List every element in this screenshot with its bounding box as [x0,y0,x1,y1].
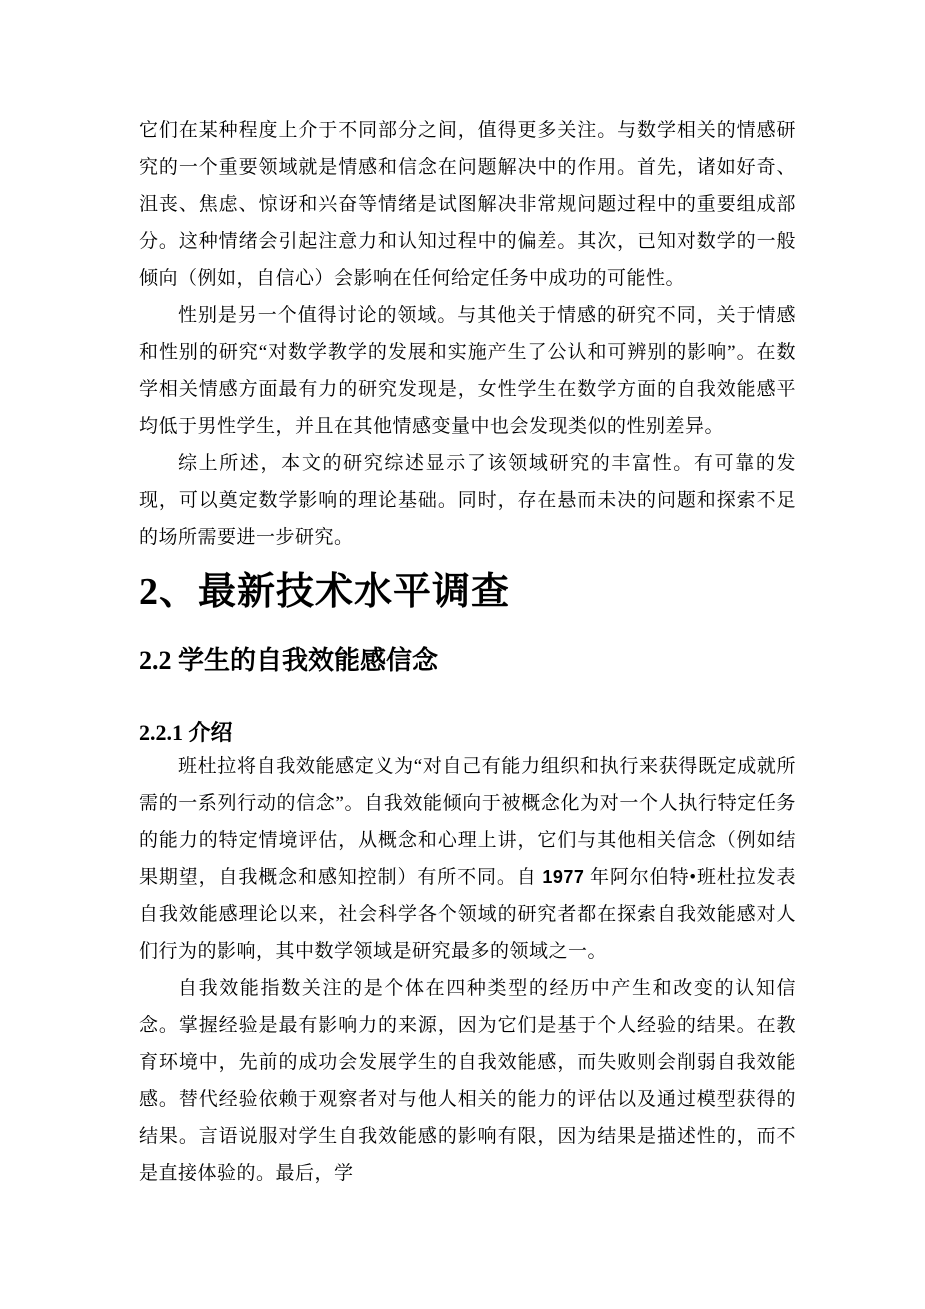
year-1977: 1977 [542,867,584,887]
paragraph-gender: 性别是另一个值得讨论的领域。与其他关于情感的研究不同，关于情感和性别的研究“对数… [139,297,796,445]
paragraph-efficacy-sources: 自我效能指数关注的是个体在四种类型的经历中产生和改变的认知信念。掌握经验是最有影… [139,970,796,1192]
subsection-heading-self-efficacy-beliefs: 2.2 学生的自我效能感信念 [139,643,796,679]
paragraph-affect-research: 它们在某种程度上介于不同部分之间，值得更多关注。与数学相关的情感研究的一个重要领… [139,112,796,297]
paragraph-summary: 综上所述，本文的研究综述显示了该领域研究的丰富性。有可靠的发现，可以奠定数学影响… [139,445,796,556]
paragraph-bandura-definition: 班杜拉将自我效能感定义为“对自己有能力组织和执行来获得既定成就所需的一系列行动的… [139,748,796,970]
subsubsection-heading-introduction: 2.2.1 介绍 [139,718,796,748]
document-page: 它们在某种程度上介于不同部分之间，值得更多关注。与数学相关的情感研究的一个重要领… [0,0,925,1309]
section-heading-state-of-art: 2、最新技术水平调查 [139,567,796,617]
document-content: 它们在某种程度上介于不同部分之间，值得更多关注。与数学相关的情感研究的一个重要领… [139,112,796,1192]
